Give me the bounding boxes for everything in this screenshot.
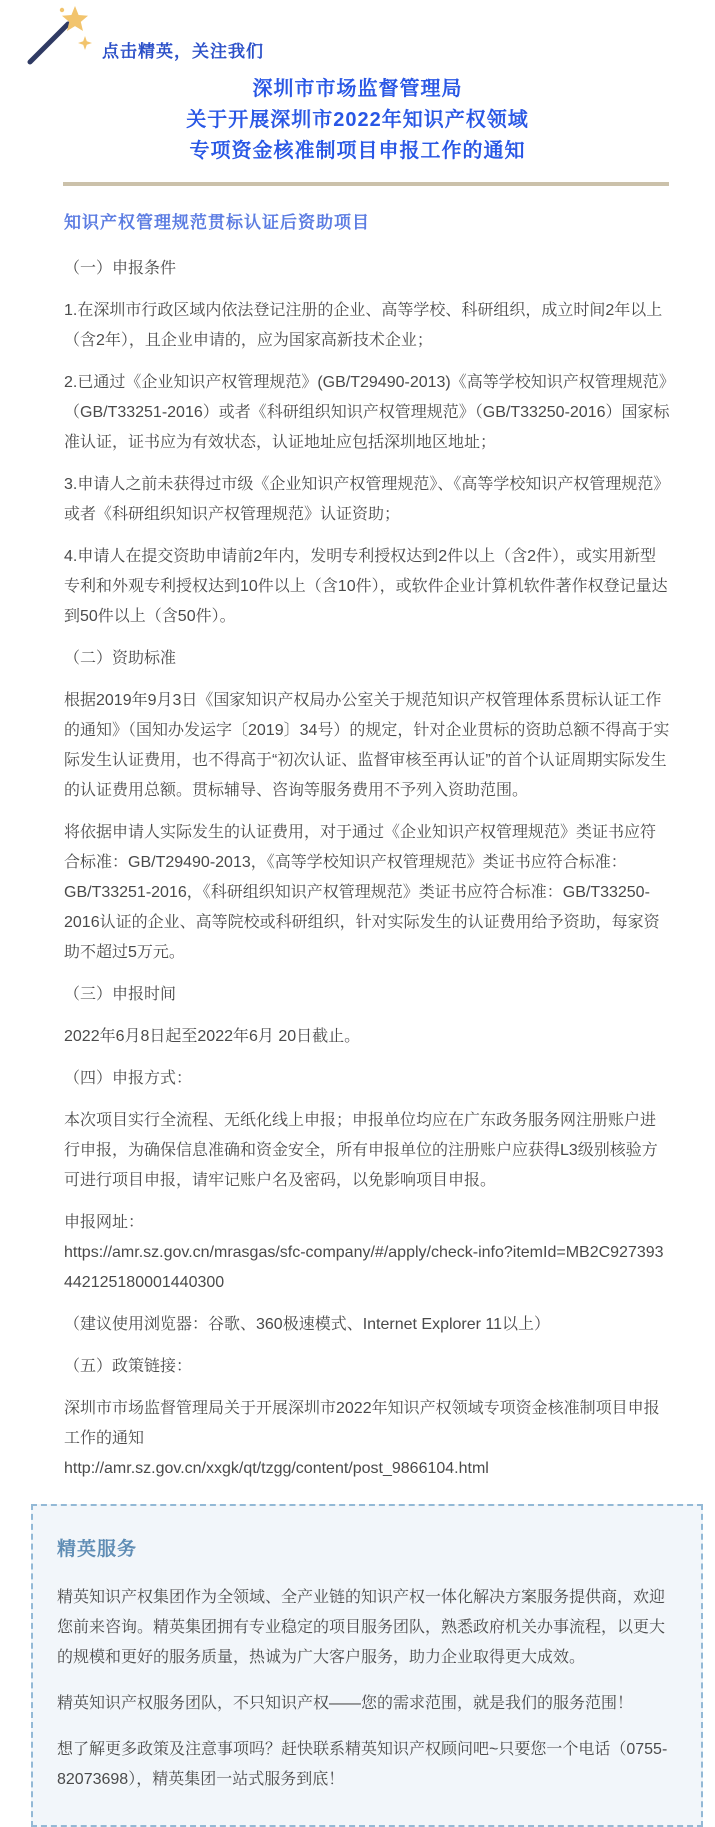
paragraph-funding-standard-1: 根据2019年9月3日《国家知识产权局办公室关于规范知识产权管理体系贯标认证工作… <box>64 686 670 806</box>
service-slogan-paragraph: 精英知识产权服务团队，不只知识产权——您的需求范围，就是我们的服务范围！ <box>57 1689 675 1719</box>
title-line-2: 关于开展深圳市2022年知识产权领域 <box>0 105 715 136</box>
paragraph-policy-link-heading: （五）政策链接： <box>64 1352 670 1382</box>
paragraph-application-method-heading: （四）申报方式： <box>64 1064 670 1094</box>
paragraph-condition-3: 3.申请人之前未获得过市级《企业知识产权管理规范》、《高等学校知识产权管理规范》… <box>64 470 670 530</box>
title-line-3: 专项资金核准制项目申报工作的通知 <box>0 136 715 167</box>
application-url-link[interactable]: 申报网址： https://amr.sz.gov.cn/mrasgas/sfc-… <box>64 1208 670 1298</box>
magic-wand-star-icon <box>26 4 96 66</box>
paragraph-funding-standard-heading: （二）资助标准 <box>64 644 670 674</box>
service-contact-paragraph: 想了解更多政策及注意事项吗？赶快联系精英知识产权顾问吧~只要您一个电话（0755… <box>57 1735 675 1795</box>
paragraph-condition-4: 4.申请人在提交资助申请前2年内，发明专利授权达到2件以上（含2件），或实用新型… <box>64 542 670 632</box>
paragraph-application-method: 本次项目实行全流程、无纸化线上申报；申报单位均应在广东政务服务网注册账户进行申报… <box>64 1106 670 1196</box>
service-box: 精英服务 精英知识产权集团作为全领域、全产业链的知识产权一体化解决方案服务提供商… <box>31 1504 703 1827</box>
paragraph-funding-standard-2: 将依据申请人实际发生的认证费用，对于通过《企业知识产权管理规范》类证书应符合标准… <box>64 818 670 968</box>
follow-us-link[interactable]: 点击精英，关注我们 <box>96 37 264 66</box>
paragraph-application-time-heading: （三）申报时间 <box>64 980 670 1010</box>
title-line-1: 深圳市市场监督管理局 <box>0 74 715 105</box>
article-page: 点击精英，关注我们 深圳市市场监督管理局 关于开展深圳市2022年知识产权领域 … <box>0 0 715 1827</box>
paragraph-condition-1: 1.在深圳市行政区域内依法登记注册的企业、高等学校、科研组织，成立时间2年以上（… <box>64 296 670 356</box>
header: 点击精英，关注我们 <box>0 0 715 66</box>
section-heading: 知识产权管理规范贯标认证后资助项目 <box>64 208 670 238</box>
page-title: 深圳市市场监督管理局 关于开展深圳市2022年知识产权领域 专项资金核准制项目申… <box>0 74 715 167</box>
title-divider <box>63 182 669 186</box>
paragraph-condition-2: 2.已通过《企业知识产权管理规范》(GB/T29490-2013)《高等学校知识… <box>64 368 670 458</box>
policy-url-link[interactable]: 深圳市市场监督管理局关于开展深圳市2022年知识产权领域专项资金核准制项目申报工… <box>64 1394 670 1484</box>
paragraph-browser-suggestion: （建议使用浏览器：谷歌、360极速模式、Internet Explorer 11… <box>64 1310 670 1340</box>
paragraph-application-time: 2022年6月8日起至2022年6月 20日截止。 <box>64 1022 670 1052</box>
article-body: 知识产权管理规范贯标认证后资助项目 （一）申报条件 1.在深圳市行政区域内依法登… <box>64 208 670 1484</box>
paragraph-application-conditions-heading: （一）申报条件 <box>64 254 670 284</box>
service-intro-paragraph: 精英知识产权集团作为全领域、全产业链的知识产权一体化解决方案服务提供商，欢迎您前… <box>57 1583 675 1673</box>
service-box-heading: 精英服务 <box>57 1534 675 1561</box>
